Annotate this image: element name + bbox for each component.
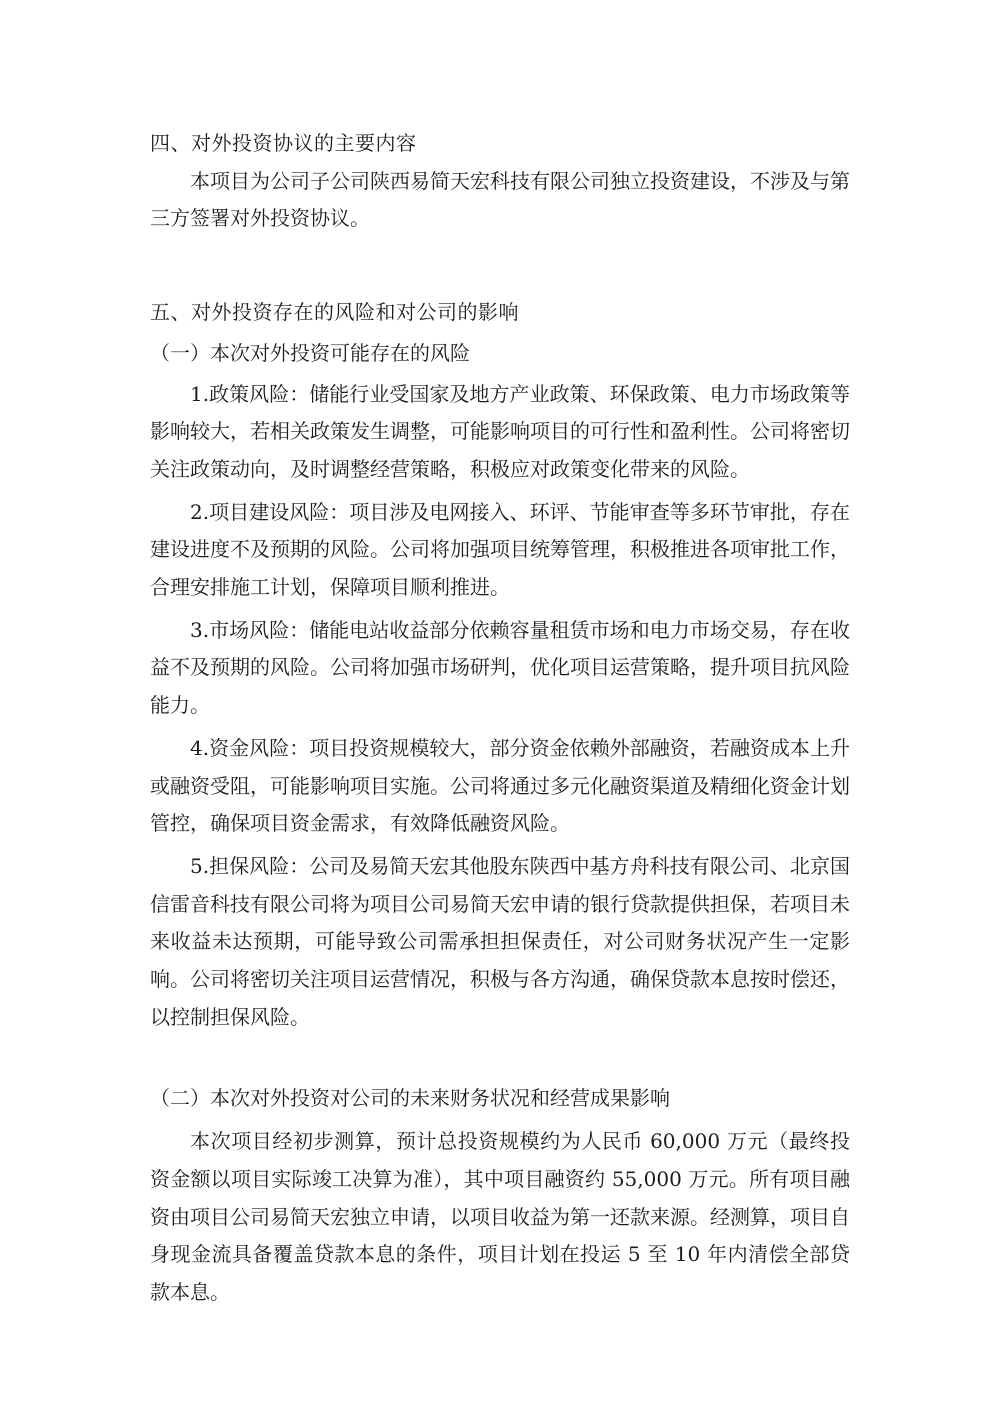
section-four-paragraph: 本项目为公司子公司陕西易简天宏科技有限公司独立投资建设，不涉及与第三方签署对外投… (150, 163, 850, 238)
risk-item-market: 3.市场风险：储能电站收益部分依赖容量租赁市场和电力市场交易，存在收益不及预期的… (150, 612, 850, 725)
financial-impact-paragraph: 本次项目经初步测算，预计总投资规模约为人民币 60,000 万元（最终投资金额以… (150, 1123, 850, 1312)
risk-item-policy: 1.政策风险：储能行业受国家及地方产业政策、环保政策、电力市场政策等影响较大，若… (150, 376, 850, 489)
risk-item-funding: 4.资金风险：项目投资规模较大，部分资金依赖外部融资，若融资成本上升或融资受阻，… (150, 730, 850, 843)
section-five-heading: 五、对外投资存在的风险和对公司的影响 (150, 294, 850, 332)
risk-item-construction: 2.项目建设风险：项目涉及电网接入、环评、节能审查等多环节审批，存在建设进度不及… (150, 494, 850, 607)
subsection-two-heading: （二）本次对外投资对公司的未来财务状况和经营成果影响 (150, 1080, 850, 1118)
document-page: 四、对外投资协议的主要内容 本项目为公司子公司陕西易简天宏科技有限公司独立投资建… (0, 0, 1000, 1414)
page-content: 四、对外投资协议的主要内容 本项目为公司子公司陕西易简天宏科技有限公司独立投资建… (150, 0, 850, 1312)
subsection-one-heading: （一）本次对外投资可能存在的风险 (150, 335, 850, 373)
section-four-heading: 四、对外投资协议的主要内容 (150, 125, 850, 163)
risk-item-guarantee: 5.担保风险：公司及易简天宏其他股东陕西中基方舟科技有限公司、北京国信雷音科技有… (150, 848, 850, 1037)
